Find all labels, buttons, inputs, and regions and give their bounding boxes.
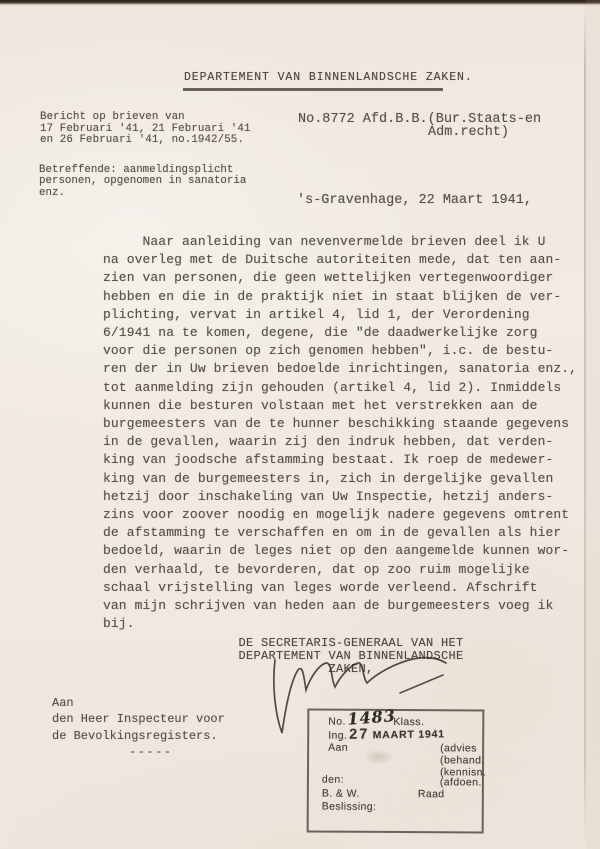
stamp-raad-label: Raad [418, 788, 445, 800]
stamp-bw-label: B. & W. [322, 788, 360, 800]
file-number-dept: Adm.recht) [428, 125, 509, 140]
stamp-date-day: 27 [349, 726, 369, 742]
stamp-pencil-smudge [357, 747, 399, 767]
scan-top-edge [0, 0, 600, 6]
reference-block: Bericht op brieven van 17 Februari '41, … [40, 112, 251, 147]
letterhead-title: DEPARTEMENT VAN BINNENLANDSCHE ZAKEN. [184, 71, 473, 84]
paper-right-margin-shade [586, 0, 600, 849]
stamp-date-month-year: MAART 1941 [373, 728, 445, 741]
addressee-dashes: ----- [129, 745, 173, 759]
registration-stamp: No. 1483 Klass. Ing. 27 MAART 1941 Aan (… [307, 708, 485, 833]
stamp-ing-label: Ing. [328, 730, 347, 742]
letterhead-underline [183, 88, 443, 91]
stamp-no-label: No. [328, 716, 346, 728]
letter-body: Naar aanleiding van nevenvermelde brieve… [103, 233, 577, 633]
dateline: 's-Gravenhage, 22 Maart 1941, [297, 193, 532, 208]
stamp-date: 27 MAART 1941 [349, 725, 445, 742]
subject-block: Betreffende: aanmeldingsplicht personen,… [39, 165, 246, 199]
addressee-block: Aan den Heer Inspecteur voor de Bevolkin… [52, 695, 225, 744]
stamp-option-advies: (advies [440, 742, 477, 754]
stamp-option-afdoen: (afdoen. [440, 776, 482, 788]
scanned-letter-page: DEPARTEMENT VAN BINNENLANDSCHE ZAKEN. Be… [0, 0, 600, 849]
stamp-option-behand: (behand. [440, 754, 485, 766]
stamp-beslissing-label: Beslissing: [322, 801, 377, 813]
stamp-aan-label: Aan [328, 742, 348, 754]
stamp-den-label: den: [322, 774, 344, 786]
